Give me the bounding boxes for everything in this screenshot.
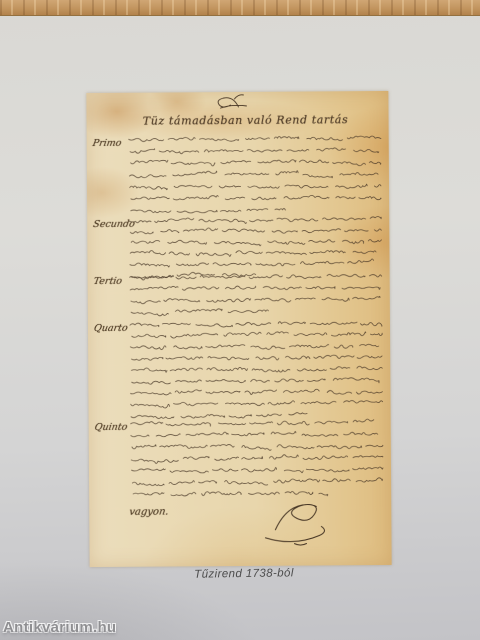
handwriting-line [131,389,383,396]
handwriting-line [131,431,378,438]
handwriting-line [133,491,328,497]
handwriting-line [130,285,380,291]
handwriting-line [129,170,378,179]
handwriting-line [131,194,381,201]
handwriting-line [130,227,381,235]
handwriting-line [131,296,380,304]
manuscript-image: Tüz támadásban való Rend tartás vagyon. … [86,91,391,567]
handwriting-line [131,400,383,408]
handwriting-line [131,308,268,316]
handwriting-line [131,419,374,427]
photo-caption: Tűzirend 1738-ból [4,565,480,584]
paragraph-label-primo: Primo [92,138,130,149]
paragraph-label-quarto: Quarto [93,323,131,334]
handwriting-lines [129,136,384,497]
handwriting-line [132,378,379,385]
manuscript-closing-word: vagyon. [129,506,170,517]
handwriting-layer [86,91,391,567]
handwriting-line [131,159,381,168]
paragraph-label-secundo: Secundo [92,219,130,230]
handwriting-line [129,136,381,142]
handwriting-line [131,272,256,279]
handwriting-line [131,355,382,361]
handwriting-line [132,443,383,451]
handwriting-line [130,344,378,351]
handwriting-line [132,331,382,338]
book-page-photo: Tüz támadásban való Rend tartás vagyon. … [0,0,480,640]
paragraph-label-quinto: Quinto [94,422,132,433]
ornament-flourish-icon [218,95,246,108]
handwriting-line [131,208,286,213]
handwriting-line [131,366,382,373]
handwriting-line [130,184,381,190]
table-wood-strip [0,0,480,16]
paragraph-label-tertio: Tertio [93,276,131,287]
handwriting-line [131,413,307,419]
signature-flourish-icon [265,504,324,545]
handwriting-line [131,467,383,474]
handwriting-line [130,147,379,154]
handwriting-line [129,216,381,224]
handwriting-line [130,259,374,267]
handwriting-line [130,321,382,328]
handwriting-line [130,249,376,257]
handwriting-line [132,478,382,486]
antikvarium-watermark: Antikvárium.hu [3,619,116,636]
handwriting-line [131,239,381,247]
handwriting-line [131,454,383,463]
